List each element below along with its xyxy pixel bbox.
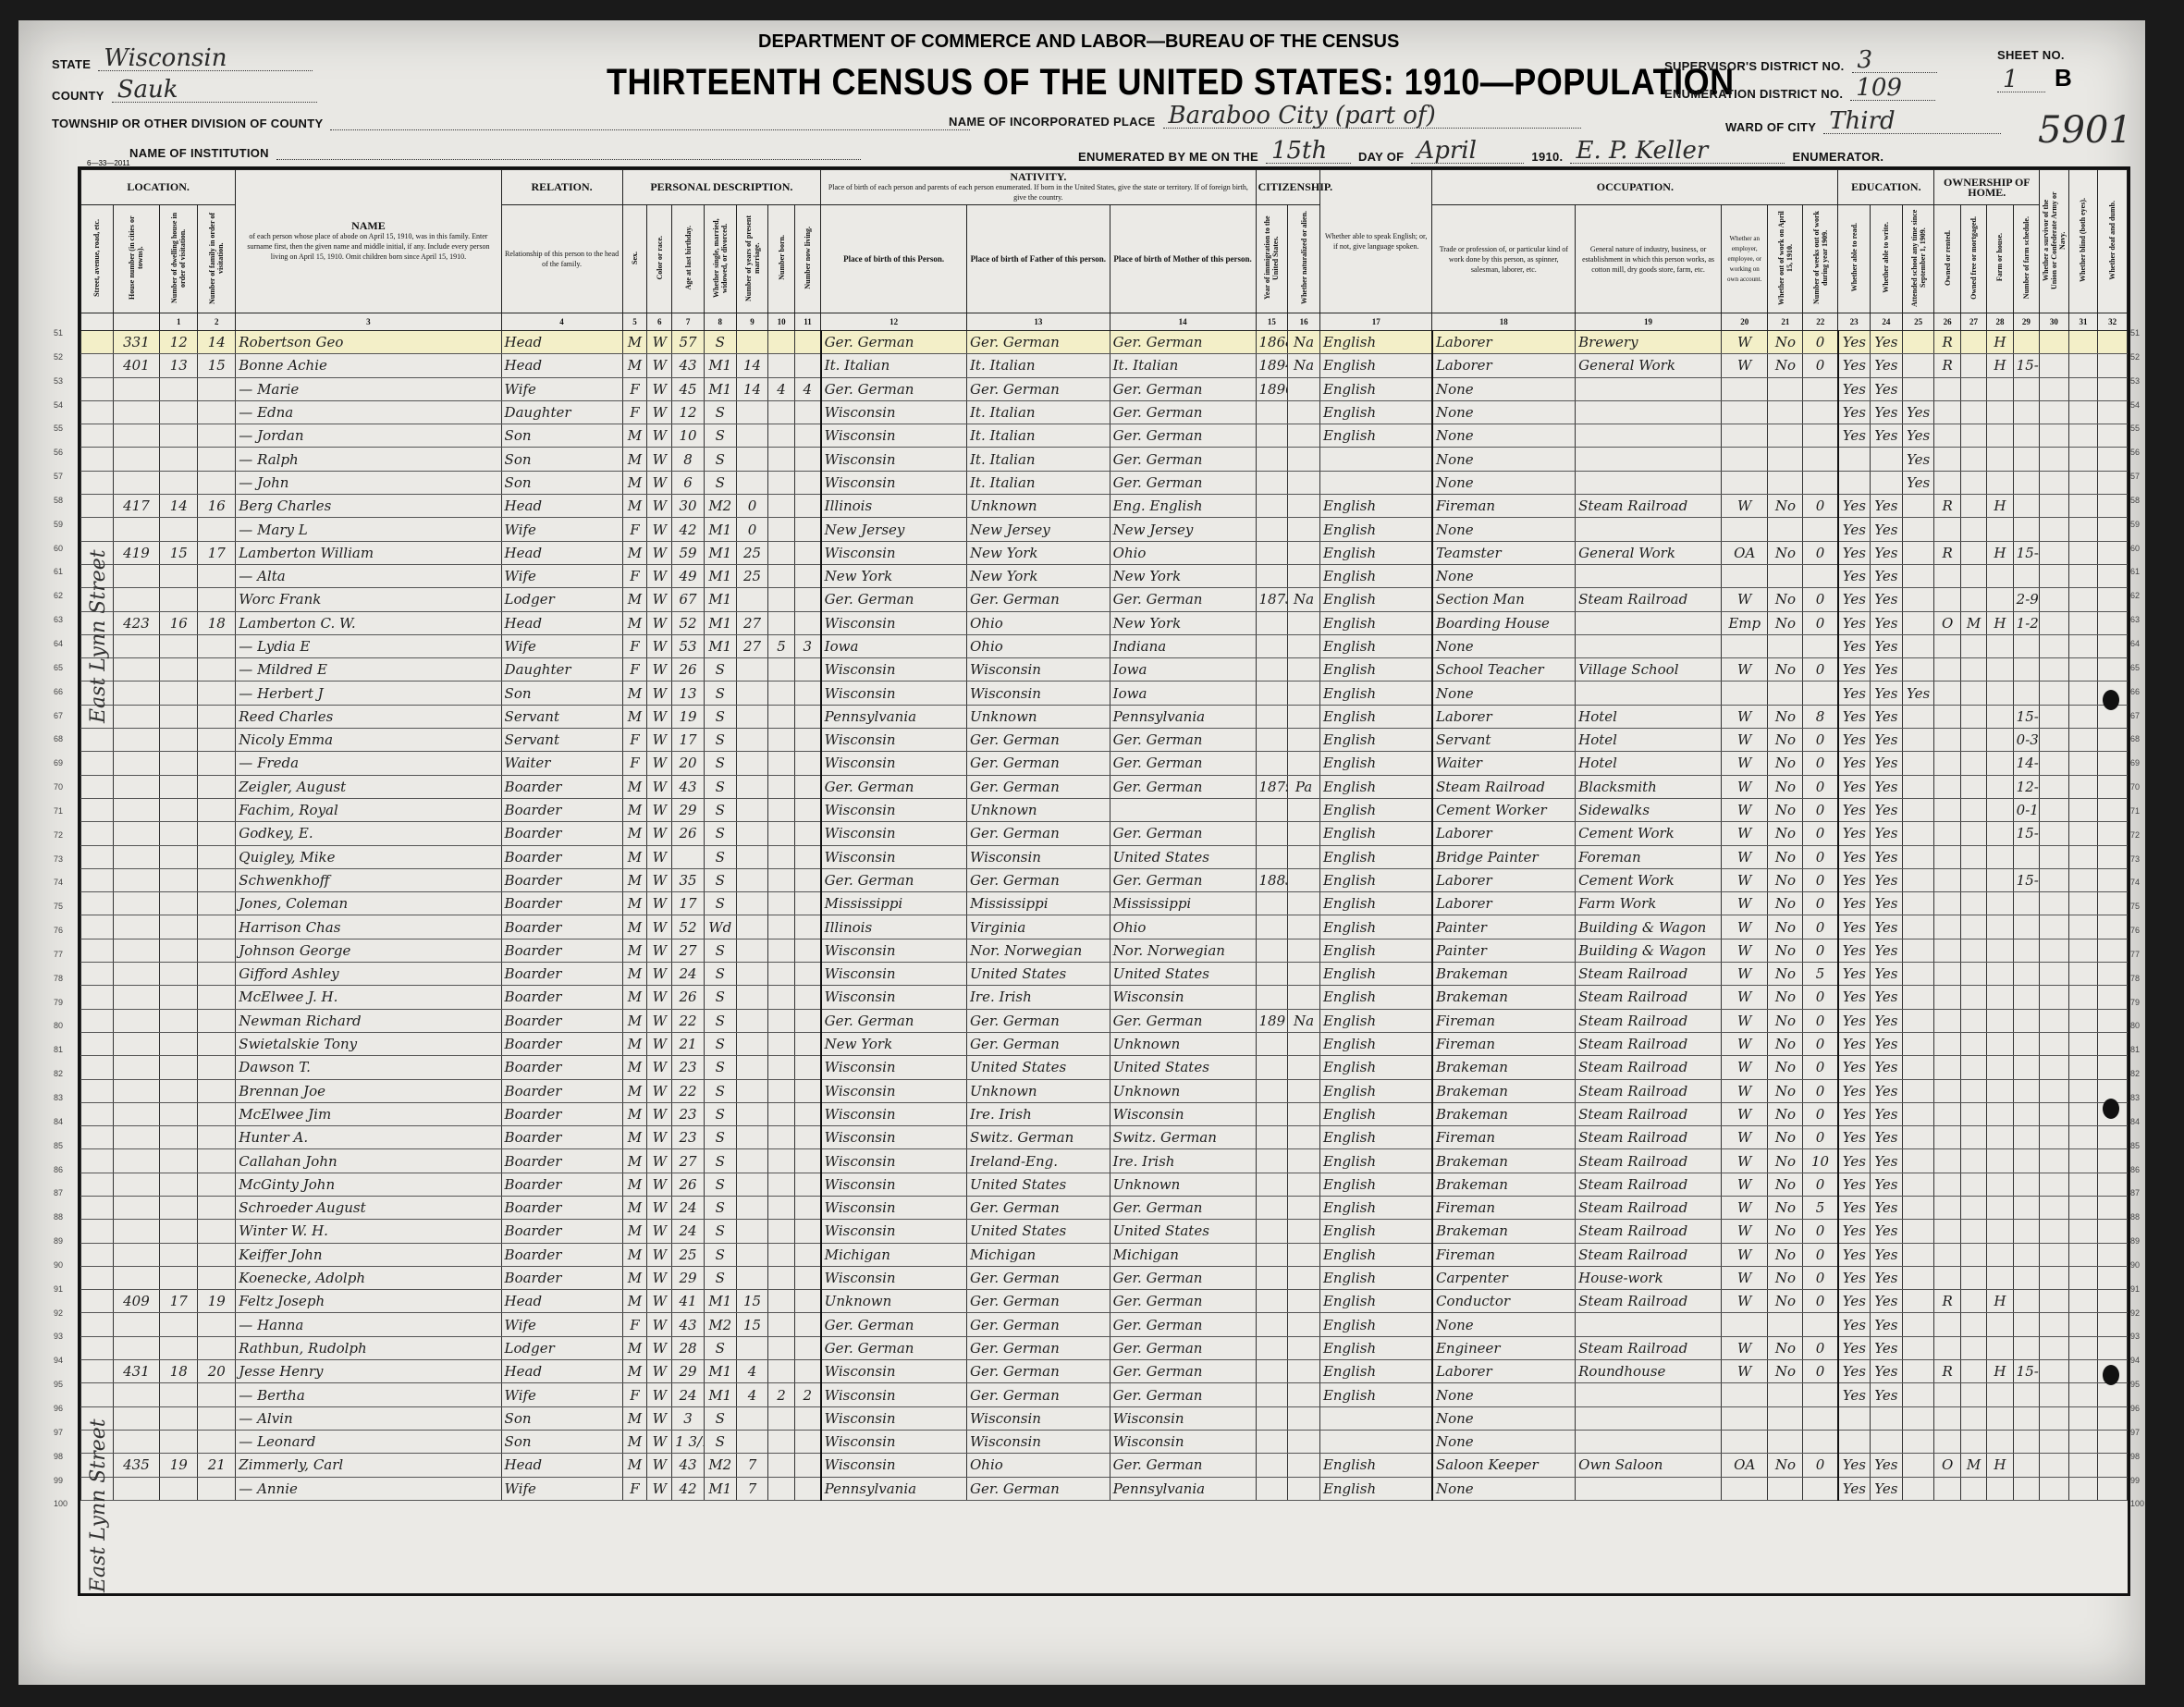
table-row: Reed CharlesServantMW19SPennsylvaniaUnkn…	[81, 705, 2128, 728]
marital-status-cell: S	[704, 1336, 736, 1359]
language-cell: English	[1319, 495, 1432, 518]
schedule-cell	[2013, 658, 2039, 682]
family-number-cell: 18	[198, 611, 236, 634]
father-birthplace-cell: Ger. German	[967, 775, 1110, 798]
dwelling-number-cell	[160, 1009, 198, 1032]
age-cell: 20	[672, 752, 705, 775]
schedule-cell	[2013, 1102, 2039, 1125]
street-cell	[81, 518, 114, 541]
person-name-cell: Berg Charles	[236, 495, 501, 518]
can-read-cell: Yes	[1838, 1243, 1871, 1266]
family-number-cell	[198, 1126, 236, 1149]
children-born-cell	[768, 471, 794, 494]
person-name-cell: — Leonard	[236, 1430, 501, 1453]
immigration-year-cell	[1256, 1079, 1288, 1102]
sex-cell: F	[622, 658, 647, 682]
color-cell: W	[647, 729, 672, 752]
mother-birthplace-cell: Ger. German	[1110, 1196, 1256, 1219]
age-cell: 29	[672, 1266, 705, 1289]
street-cell	[81, 915, 114, 939]
trade-cell: None	[1432, 564, 1576, 587]
deaf-cell	[2098, 471, 2128, 494]
street-cell	[81, 424, 114, 448]
veteran-cell	[2040, 705, 2069, 728]
schedule-cell	[2013, 1406, 2039, 1430]
farm-house-cell	[1987, 424, 2013, 448]
can-read-cell: Yes	[1838, 1196, 1871, 1219]
color-cell: W	[647, 775, 672, 798]
farm-house-cell	[1987, 845, 2013, 868]
column-number: 15	[1256, 313, 1288, 331]
sheet-side: B	[2055, 64, 2072, 92]
schedule-cell	[2013, 1336, 2039, 1359]
family-number-cell	[198, 588, 236, 611]
children-born-cell	[768, 775, 794, 798]
mortgage-cell	[1960, 892, 1986, 915]
family-number-cell	[198, 518, 236, 541]
street-cell	[81, 1032, 114, 1055]
schedule-header: Number of farm schedule.	[2013, 205, 2039, 313]
dwelling-number-cell	[160, 798, 198, 821]
sex-cell: F	[622, 729, 647, 752]
out-of-work-cell: No	[1768, 1454, 1803, 1477]
immigration-year-cell: 1897	[1256, 1009, 1288, 1032]
line-number: 85	[54, 1135, 76, 1159]
owned-rented-cell	[1934, 939, 1960, 962]
children-born-cell	[768, 915, 794, 939]
line-number: 93	[2130, 1325, 2158, 1349]
age-cell: 22	[672, 1079, 705, 1102]
house-number-cell	[113, 705, 160, 728]
line-number: 65	[2130, 657, 2158, 681]
years-married-cell	[736, 915, 768, 939]
birthplace-cell: Wisconsin	[821, 1430, 967, 1453]
children-living-cell	[794, 1454, 820, 1477]
age-cell: 30	[672, 495, 705, 518]
farm-house-cell	[1987, 1313, 2013, 1336]
street-cell	[81, 471, 114, 494]
schedule-cell	[2013, 1243, 2039, 1266]
family-number-cell	[198, 798, 236, 821]
color-cell: W	[647, 377, 672, 400]
relation-cell: Boarder	[501, 1149, 622, 1173]
birthplace-cell: Wisconsin	[821, 1149, 967, 1173]
can-write-cell	[1870, 448, 1902, 471]
deaf-cell	[2098, 1056, 2128, 1079]
deaf-cell	[2098, 1009, 2128, 1032]
blind-cell	[2068, 729, 2098, 752]
years-married-cell	[736, 400, 768, 424]
blind-cell	[2068, 1243, 2098, 1266]
trade-cell: None	[1432, 424, 1576, 448]
can-read-cell: Yes	[1838, 400, 1871, 424]
can-write-cell: Yes	[1870, 611, 1902, 634]
veteran-cell	[2040, 963, 2069, 986]
can-write-cell: Yes	[1870, 705, 1902, 728]
years-married-cell	[736, 892, 768, 915]
out-of-work-cell: No	[1768, 1173, 1803, 1196]
veteran-cell	[2040, 822, 2069, 845]
deaf-cell	[2098, 822, 2128, 845]
children-born-cell	[768, 1220, 794, 1243]
marital-status-cell: S	[704, 1056, 736, 1079]
line-number: 96	[54, 1397, 76, 1421]
marital-status-cell: M1	[704, 518, 736, 541]
line-number: 67	[54, 705, 76, 729]
schedule-cell	[2013, 495, 2039, 518]
industry-cell: Steam Railroad	[1576, 1126, 1722, 1149]
column-number: 21	[1768, 313, 1803, 331]
immigration-year-cell	[1256, 1243, 1288, 1266]
can-read-cell: Yes	[1838, 611, 1871, 634]
can-read-cell: Yes	[1838, 1360, 1871, 1383]
family-number-cell	[198, 1336, 236, 1359]
employer-header: Whether an employer, employee, or workin…	[1721, 205, 1768, 313]
table-row: Godkey, E.BoarderMW26SWisconsinGer. Germ…	[81, 822, 2128, 845]
group-relation: RELATION.	[501, 170, 622, 205]
line-number: 64	[2130, 632, 2158, 657]
write-header: Whether able to write.	[1870, 205, 1902, 313]
mortgage-cell	[1960, 1220, 1986, 1243]
color-cell: W	[647, 1009, 672, 1032]
veteran-cell	[2040, 377, 2069, 400]
industry-cell	[1576, 611, 1722, 634]
immigration-year-cell	[1256, 471, 1288, 494]
language-cell: English	[1319, 798, 1432, 821]
children-living-cell: 2	[794, 1383, 820, 1406]
age-cell: 24	[672, 1196, 705, 1219]
weeks-out-cell: 0	[1803, 1079, 1838, 1102]
years-married-cell	[736, 752, 768, 775]
children-living-cell	[794, 424, 820, 448]
employer-status-cell: W	[1721, 1032, 1768, 1055]
dwelling-number-cell	[160, 845, 198, 868]
immigration-year-cell	[1256, 752, 1288, 775]
person-name-cell: — Alta	[236, 564, 501, 587]
father-birthplace-cell: Ger. German	[967, 377, 1110, 400]
veteran-cell	[2040, 1360, 2069, 1383]
farm-house-cell	[1987, 1220, 2013, 1243]
line-number: 57	[2130, 465, 2158, 489]
schedule-cell	[2013, 1009, 2039, 1032]
veteran-cell	[2040, 752, 2069, 775]
dwelling-number-cell	[160, 705, 198, 728]
birthplace-cell: Unknown	[821, 1290, 967, 1313]
veteran-cell	[2040, 658, 2069, 682]
house-number-cell	[113, 424, 160, 448]
industry-cell: Steam Railroad	[1576, 1290, 1722, 1313]
veteran-cell	[2040, 682, 2069, 705]
mother-birthplace-cell: Wisconsin	[1110, 1102, 1256, 1125]
children-born-cell	[768, 822, 794, 845]
farm-house-cell	[1987, 682, 2013, 705]
industry-cell: Steam Railroad	[1576, 1243, 1722, 1266]
years-married-cell	[736, 1430, 768, 1453]
table-row: 4171416Berg CharlesHeadMW30M20IllinoisUn…	[81, 495, 2128, 518]
can-read-cell: Yes	[1838, 892, 1871, 915]
person-name-cell: Hunter A.	[236, 1126, 501, 1149]
birthplace-cell: Iowa	[821, 634, 967, 657]
mother-birthplace-cell: Mississippi	[1110, 892, 1256, 915]
immigration-year-cell: 1894	[1256, 354, 1288, 377]
age-cell: 17	[672, 892, 705, 915]
column-number: 3	[236, 313, 501, 331]
weeks-out-cell	[1803, 1313, 1838, 1336]
employer-status-cell: OA	[1721, 541, 1768, 564]
owned-rented-cell	[1934, 1383, 1960, 1406]
line-number: 72	[2130, 824, 2158, 848]
dwelling-number-cell	[160, 1126, 198, 1149]
street-cell	[81, 963, 114, 986]
house-number-cell: 419	[113, 541, 160, 564]
person-name-cell: Feltz Joseph	[236, 1290, 501, 1313]
father-birthplace-cell: Ger. German	[967, 1383, 1110, 1406]
mortgage-cell	[1960, 424, 1986, 448]
can-write-cell: Yes	[1870, 1009, 1902, 1032]
employer-status-cell	[1721, 1406, 1768, 1430]
industry-cell	[1576, 377, 1722, 400]
children-living-cell	[794, 564, 820, 587]
relation-header: Relationship of this person to the head …	[501, 205, 622, 313]
schedule-cell	[2013, 963, 2039, 986]
out-of-work-cell: No	[1768, 1149, 1803, 1173]
table-row: McElwee JimBoarderMW23SWisconsinIre. Iri…	[81, 1102, 2128, 1125]
relation-cell: Boarder	[501, 798, 622, 821]
children-living-cell	[794, 658, 820, 682]
can-write-cell: Yes	[1870, 1220, 1902, 1243]
immigration-year-cell	[1256, 1032, 1288, 1055]
employer-status-cell	[1721, 1430, 1768, 1453]
line-number: 87	[2130, 1182, 2158, 1206]
years-married-cell: 0	[736, 495, 768, 518]
house-number-cell	[113, 752, 160, 775]
house-number-cell	[113, 518, 160, 541]
mortgage-cell	[1960, 1383, 1986, 1406]
language-cell	[1319, 448, 1432, 471]
line-number: 68	[2130, 728, 2158, 752]
naturalization-cell	[1288, 377, 1320, 400]
farm-house-cell	[1987, 1477, 2013, 1500]
dwelling-number-cell: 18	[160, 1360, 198, 1383]
children-born-cell	[768, 1079, 794, 1102]
owned-rented-cell	[1934, 400, 1960, 424]
house-number-cell	[113, 798, 160, 821]
dwelling-number-cell	[160, 752, 198, 775]
mortgage-cell	[1960, 377, 1986, 400]
mother-birthplace-cell: United States	[1110, 1220, 1256, 1243]
deaf-cell	[2098, 963, 2128, 986]
line-number: 53	[54, 370, 76, 394]
trade-cell: Brakeman	[1432, 963, 1576, 986]
father-birthplace-cell: Wisconsin	[967, 658, 1110, 682]
language-cell: English	[1319, 1243, 1432, 1266]
relation-cell: Boarder	[501, 868, 622, 891]
trade-cell: Laborer	[1432, 822, 1576, 845]
farm-house-cell: H	[1987, 1360, 2013, 1383]
veteran-cell	[2040, 1336, 2069, 1359]
veteran-cell	[2040, 1383, 2069, 1406]
schedule-cell: 15-5-2-0	[2013, 868, 2039, 891]
trade-header: Trade or profession of, or particular ki…	[1432, 205, 1576, 313]
can-read-cell: Yes	[1838, 1102, 1871, 1125]
children-living-cell	[794, 963, 820, 986]
marital-status-cell: S	[704, 1430, 736, 1453]
veteran-cell	[2040, 564, 2069, 587]
sex-cell: F	[622, 634, 647, 657]
family-number-cell	[198, 845, 236, 868]
out-of-work-cell	[1768, 518, 1803, 541]
street-cell	[81, 939, 114, 962]
marital-status-cell: S	[704, 775, 736, 798]
mother-birthplace-cell: United States	[1110, 963, 1256, 986]
industry-cell	[1576, 1477, 1722, 1500]
deaf-cell	[2098, 1266, 2128, 1289]
line-number: 58	[54, 489, 76, 513]
age-cell: 26	[672, 1173, 705, 1196]
out-of-work-cell: No	[1768, 1336, 1803, 1359]
children-living-cell	[794, 1406, 820, 1430]
industry-cell: Sidewalks	[1576, 798, 1722, 821]
veteran-cell	[2040, 634, 2069, 657]
out-of-work-cell	[1768, 1383, 1803, 1406]
sex-cell: F	[622, 564, 647, 587]
schedule-cell: 15-5-X-5	[2013, 1360, 2039, 1383]
children-born-cell	[768, 1102, 794, 1125]
table-row: 4231618Lamberton C. W.HeadMW52M127Wiscon…	[81, 611, 2128, 634]
family-number-cell	[198, 986, 236, 1009]
children-born-cell	[768, 448, 794, 471]
naturalization-cell	[1288, 868, 1320, 891]
language-cell: English	[1319, 775, 1432, 798]
weeks-out-cell	[1803, 1406, 1838, 1430]
school-cell	[1902, 798, 1934, 821]
birthplace-cell: Wisconsin	[821, 1079, 967, 1102]
veteran-cell	[2040, 331, 2069, 354]
table-row: Brennan JoeBoarderMW22SWisconsinUnknownU…	[81, 1079, 2128, 1102]
birthplace-cell: Wisconsin	[821, 1126, 967, 1149]
birthplace-cell: Wisconsin	[821, 1383, 967, 1406]
table-row: Quigley, MikeBoarderMWSWisconsinWisconsi…	[81, 845, 2128, 868]
age-cell: 49	[672, 564, 705, 587]
relation-cell: Son	[501, 1406, 622, 1430]
naturalization-cell	[1288, 845, 1320, 868]
trade-cell: Brakeman	[1432, 1056, 1576, 1079]
children-born-cell	[768, 1266, 794, 1289]
age-cell: 42	[672, 518, 705, 541]
family-number-cell	[198, 892, 236, 915]
years-married-cell	[736, 729, 768, 752]
family-number-cell	[198, 448, 236, 471]
school-cell	[1902, 1430, 1934, 1453]
deaf-cell	[2098, 564, 2128, 587]
column-number-row: 1234567891011121314151617181920212223242…	[81, 313, 2128, 331]
out-of-work-cell: No	[1768, 868, 1803, 891]
trade-cell: Fireman	[1432, 1032, 1576, 1055]
out-of-work-cell: No	[1768, 611, 1803, 634]
employer-status-cell: W	[1721, 658, 1768, 682]
owned-rented-cell	[1934, 634, 1960, 657]
marital-status-cell: M1	[704, 588, 736, 611]
veteran-cell	[2040, 588, 2069, 611]
children-living-cell	[794, 400, 820, 424]
age-cell: 45	[672, 377, 705, 400]
school-cell	[1902, 892, 1934, 915]
house-number-cell: 435	[113, 1454, 160, 1477]
deaf-cell	[2098, 845, 2128, 868]
table-row: — JohnSonMW6SWisconsinIt. ItalianGer. Ge…	[81, 471, 2128, 494]
immigration-year-cell	[1256, 798, 1288, 821]
marital-status-cell: M1	[704, 377, 736, 400]
immigration-year-cell	[1256, 658, 1288, 682]
sex-header: Sex.	[622, 205, 647, 313]
blind-cell	[2068, 1056, 2098, 1079]
farm-house-cell	[1987, 1079, 2013, 1102]
industry-cell: Steam Railroad	[1576, 588, 1722, 611]
veteran-cell	[2040, 1126, 2069, 1149]
left-line-numbers: 5152535455565758596061626364656667686970…	[54, 322, 76, 1517]
mother-birthplace-cell: Ger. German	[1110, 400, 1256, 424]
owned-rented-cell: O	[1934, 1454, 1960, 1477]
relation-cell: Boarder	[501, 845, 622, 868]
house-number-cell	[113, 729, 160, 752]
trade-cell: Teamster	[1432, 541, 1576, 564]
language-cell: English	[1319, 1383, 1432, 1406]
color-cell: W	[647, 1102, 672, 1125]
can-write-cell: Yes	[1870, 986, 1902, 1009]
house-number-cell	[113, 1056, 160, 1079]
birthplace-cell: Wisconsin	[821, 986, 967, 1009]
schedule-cell	[2013, 845, 2039, 868]
birthplace-mother-header: Place of birth of Mother of this person.	[1110, 205, 1256, 313]
house-number-cell	[113, 963, 160, 986]
school-cell	[1902, 1383, 1934, 1406]
naturalization-cell: Na	[1288, 331, 1320, 354]
father-birthplace-cell: Wisconsin	[967, 682, 1110, 705]
age-cell: 59	[672, 541, 705, 564]
birthplace-cell: Wisconsin	[821, 822, 967, 845]
mortgage-cell	[1960, 518, 1986, 541]
relation-cell: Son	[501, 448, 622, 471]
naturalization-cell	[1288, 541, 1320, 564]
years-married-cell	[736, 986, 768, 1009]
mother-birthplace-cell: United States	[1110, 1056, 1256, 1079]
owned-rented-cell	[1934, 822, 1960, 845]
can-write-cell: Yes	[1870, 1243, 1902, 1266]
schedule-cell	[2013, 986, 2039, 1009]
blind-cell	[2068, 1290, 2098, 1313]
line-number: 85	[2130, 1135, 2158, 1159]
industry-cell: Building & Wagon	[1576, 939, 1722, 962]
age-cell: 26	[672, 986, 705, 1009]
schedule-cell	[2013, 1430, 2039, 1453]
employer-status-cell: W	[1721, 915, 1768, 939]
column-number: 28	[1987, 313, 2013, 331]
owned-rented-cell	[1934, 868, 1960, 891]
trade-cell: Steam Railroad	[1432, 775, 1576, 798]
mother-birthplace-cell: Unknown	[1110, 1079, 1256, 1102]
immigration-year-cell	[1256, 1102, 1288, 1125]
birthplace-cell: Wisconsin	[821, 424, 967, 448]
years-married-cell	[736, 868, 768, 891]
children-living-cell	[794, 611, 820, 634]
industry-cell: Steam Railroad	[1576, 1220, 1722, 1243]
relation-cell: Boarder	[501, 1173, 622, 1196]
blind-cell	[2068, 1079, 2098, 1102]
deaf-cell	[2098, 1220, 2128, 1243]
years-married-cell	[736, 471, 768, 494]
line-number: 84	[2130, 1111, 2158, 1135]
mother-birthplace-cell: Ger. German	[1110, 1009, 1256, 1032]
